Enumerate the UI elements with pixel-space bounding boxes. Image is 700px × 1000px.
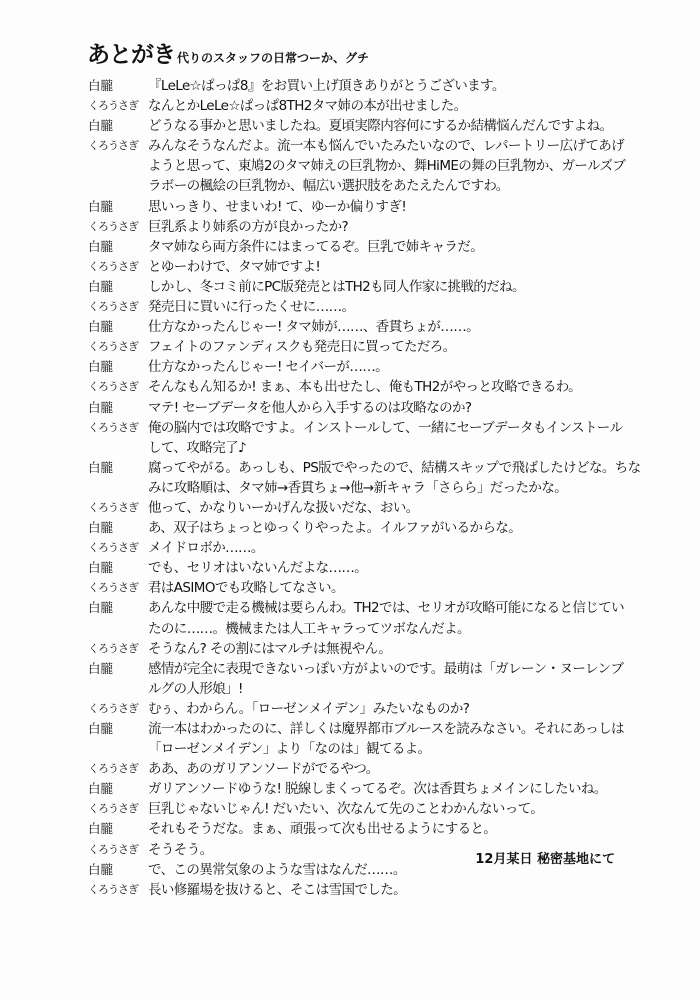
dialog-row: くろうさぎ他って、かなりいーかげんな扱いだな、おい。 <box>88 498 628 518</box>
speaker-name: くろうさぎ <box>88 699 148 719</box>
dialog-row: くろうさぎとゆーわけで、タマ姉ですよ! <box>88 257 628 277</box>
dialog-line: 流一本はわかったのに、詳しくは魔界都市ブルースを読みなさい。それにあっしは <box>148 719 628 739</box>
dialog-text: 長い修羅場を抜けると、そこは雪国でした。 <box>148 880 628 900</box>
speaker-name: くろうさぎ <box>88 96 148 116</box>
dialog-row: 白朧それもそうだな。まぁ、頑張って次も出せるようにすると。 <box>88 819 628 839</box>
dialog-row: 白朧マテ! セーブデータを他人から入手するのは攻略なのか? <box>88 398 628 418</box>
dialog-text: 発売日に買いに行ったくせに……。 <box>148 297 628 317</box>
dialog-text: みんなそうなんだよ。流一本も悩んでいたみたいなので、レパートリー広げてあげようと… <box>148 136 628 196</box>
dialog-text: マテ! セーブデータを他人から入手するのは攻略なのか? <box>148 398 628 418</box>
dialog-row: 白朧腐ってやがる。あっしも、PS版でやったので、結構スキップで飛ばしたけどな。ち… <box>88 458 628 498</box>
speaker-name: 白朧 <box>88 76 148 96</box>
dialog-line: メイドロボか……。 <box>148 538 628 558</box>
speaker-name: 白朧 <box>88 518 148 538</box>
speaker-name: 白朧 <box>88 659 148 679</box>
dialog-text: タマ姉なら両方条件にはまってるぞ。巨乳で姉キャラだ。 <box>148 237 628 257</box>
dialog-text: あんな中腰で走る機械は要らんわ。TH2では、セリオが攻略可能になると信じていたの… <box>148 598 628 638</box>
dialog-text: ガリアンソードゆうな! 脱線しまくってるぞ。次は香貫ちょメインにしたいね。 <box>148 779 628 799</box>
dialog-text: 君はASIMOでも攻略してなさい。 <box>148 578 628 598</box>
dialog-line: 君はASIMOでも攻略してなさい。 <box>148 578 628 598</box>
speaker-name: 白朧 <box>88 357 148 377</box>
dialog-line: あんな中腰で走る機械は要らんわ。TH2では、セリオが攻略可能になると信じてい <box>148 598 628 618</box>
afterword-page: あとがき代りのスタッフの日常つーか、グチ 白朧『LeLe☆ぱっぱ8』をお買い上げ… <box>0 0 700 1000</box>
dialog-text: 『LeLe☆ぱっぱ8』をお買い上げ頂きありがとうございます。 <box>148 76 628 96</box>
dialog-line: しかし、冬コミ前にPC版発売とはTH2も同人作家に挑戦的だね。 <box>148 277 628 297</box>
dialog-line: むぅ、わからん。「ローゼンメイデン」みたいなものか? <box>148 699 628 719</box>
dialog-line: たのに……。機械または人工キャラってツボなんだよ。 <box>148 619 628 639</box>
dialog-line: とゆーわけで、タマ姉ですよ! <box>148 257 628 277</box>
dialog-line: 「ローゼンメイデン」より「なのは」観てるよ。 <box>148 739 628 759</box>
dialog-line: なんとかLeLe☆ぱっぱ8TH2タマ姉の本が出せました。 <box>148 96 628 116</box>
speaker-name: くろうさぎ <box>88 297 148 317</box>
speaker-name: くろうさぎ <box>88 578 148 598</box>
speaker-name: 白朧 <box>88 197 148 217</box>
dialog-row: くろうさぎ君はASIMOでも攻略してなさい。 <box>88 578 628 598</box>
speaker-name: くろうさぎ <box>88 840 148 860</box>
dialog-text: 思いっきり、せまいわ! て、ゆーか偏りすぎ! <box>148 197 628 217</box>
dialog-line: どうなる事かと思いましたね。夏頃実際内容何にするか結構悩んだんですよね。 <box>148 116 628 136</box>
dialog-line: でも、セリオはいないんだよな……。 <box>148 558 628 578</box>
dialog-row: くろうさぎ長い修羅場を抜けると、そこは雪国でした。 <box>88 880 628 900</box>
dialog-text: 仕方なかったんじゃー! タマ姉が……、香貫ちょが……。 <box>148 317 628 337</box>
dialog-line: ガリアンソードゆうな! 脱線しまくってるぞ。次は香貫ちょメインにしたいね。 <box>148 779 628 799</box>
dialog-text: 巨乳じゃないじゃん! だいたい、次なんて先のことわかんないって。 <box>148 799 628 819</box>
dialog-line: 腐ってやがる。あっしも、PS版でやったので、結構スキップで飛ばしたけどな。ちな <box>148 458 641 478</box>
dialog-line: 仕方なかったんじゃー! セイバーが……。 <box>148 357 628 377</box>
dialog-row: 白朧しかし、冬コミ前にPC版発売とはTH2も同人作家に挑戦的だね。 <box>88 277 628 297</box>
dialog-text: むぅ、わからん。「ローゼンメイデン」みたいなものか? <box>148 699 628 719</box>
speaker-name: 白朧 <box>88 458 148 478</box>
dialog-text: 俺の脳内では攻略ですよ。インストールして、一緒にセーブデータもインストールして、… <box>148 418 628 458</box>
dialog-row: くろうさぎみんなそうなんだよ。流一本も悩んでいたみたいなので、レパートリー広げて… <box>88 136 628 196</box>
speaker-name: 白朧 <box>88 779 148 799</box>
dialog-text: それもそうだな。まぁ、頑張って次も出せるようにすると。 <box>148 819 628 839</box>
dialog-line: 他って、かなりいーかげんな扱いだな、おい。 <box>148 498 628 518</box>
speaker-name: くろうさぎ <box>88 337 148 357</box>
dialog-text: 感情が完全に表現できないっぽい方がよいのです。最萌は「ガレーン・ヌーレンブルグの… <box>148 659 628 699</box>
dialog-text: あ、双子はちょっとゆっくりやったよ。イルファがいるからな。 <box>148 518 628 538</box>
speaker-name: 白朧 <box>88 558 148 578</box>
dialog-line: それもそうだな。まぁ、頑張って次も出せるようにすると。 <box>148 819 628 839</box>
dialog-row: 白朧でも、セリオはいないんだよな……。 <box>88 558 628 578</box>
dialog-text: どうなる事かと思いましたね。夏頃実際内容何にするか結構悩んだんですよね。 <box>148 116 628 136</box>
dialog-line: 『LeLe☆ぱっぱ8』をお買い上げ頂きありがとうございます。 <box>148 76 628 96</box>
dialog-line: ルグの人形娘」! <box>148 679 628 699</box>
page-title: あとがき代りのスタッフの日常つーか、グチ <box>87 36 369 69</box>
dialog-line: ラボーの楓絵の巨乳物か、幅広い選択肢をあたえたんですわ。 <box>148 176 628 196</box>
speaker-name: 白朧 <box>88 860 148 880</box>
dialog-line: ああ、あのガリアンソードがでるやつ。 <box>148 759 628 779</box>
dialog-line: タマ姉なら両方条件にはまってるぞ。巨乳で姉キャラだ。 <box>148 237 628 257</box>
dialog-line: 感情が完全に表現できないっぽい方がよいのです。最萌は「ガレーン・ヌーレンブ <box>148 659 628 679</box>
dialog-line: 長い修羅場を抜けると、そこは雪国でした。 <box>148 880 628 900</box>
speaker-name: くろうさぎ <box>88 799 148 819</box>
dialog-row: 白朧仕方なかったんじゃー! タマ姉が……、香貫ちょが……。 <box>88 317 628 337</box>
dialog-row: 白朧あ、双子はちょっとゆっくりやったよ。イルファがいるからな。 <box>88 518 628 538</box>
speaker-name: くろうさぎ <box>88 880 148 900</box>
dialog-text: ああ、あのガリアンソードがでるやつ。 <box>148 759 628 779</box>
dialog-line: フェイトのファンディスクも発売日に買ってただろ。 <box>148 337 628 357</box>
dialog-line: マテ! セーブデータを他人から入手するのは攻略なのか? <box>148 398 628 418</box>
dialog-row: くろうさぎ発売日に買いに行ったくせに……。 <box>88 297 628 317</box>
speaker-name: くろうさぎ <box>88 538 148 558</box>
dialog-text: とゆーわけで、タマ姉ですよ! <box>148 257 628 277</box>
dialog-line: みに攻略順は、タマ姉→香貫ちょ→他→新キャラ「さらら」だったかな。 <box>148 478 641 498</box>
speaker-name: 白朧 <box>88 237 148 257</box>
dialog-row: くろうさぎむぅ、わからん。「ローゼンメイデン」みたいなものか? <box>88 699 628 719</box>
dialog-row: くろうさぎそうなん? その割にはマルチは無視やん。 <box>88 639 628 659</box>
dialog-line: 発売日に買いに行ったくせに……。 <box>148 297 628 317</box>
dialog-line: して、攻略完了♪ <box>148 438 628 458</box>
speaker-name: くろうさぎ <box>88 759 148 779</box>
dialog-row: くろうさぎそんなもん知るか! まぁ、本も出せたし、俺もTH2がやっと攻略できるわ… <box>88 377 628 397</box>
speaker-name: 白朧 <box>88 317 148 337</box>
speaker-name: くろうさぎ <box>88 257 148 277</box>
dialog-row: くろうさぎ巨乳じゃないじゃん! だいたい、次なんて先のことわかんないって。 <box>88 799 628 819</box>
dialog-row: 白朧あんな中腰で走る機械は要らんわ。TH2では、セリオが攻略可能になると信じてい… <box>88 598 628 638</box>
dialog-row: くろうさぎフェイトのファンディスクも発売日に買ってただろ。 <box>88 337 628 357</box>
dialog-text: 仕方なかったんじゃー! セイバーが……。 <box>148 357 628 377</box>
dialog-row: くろうさぎなんとかLeLe☆ぱっぱ8TH2タマ姉の本が出せました。 <box>88 96 628 116</box>
dialog-text: そんなもん知るか! まぁ、本も出せたし、俺もTH2がやっと攻略できるわ。 <box>148 377 628 397</box>
title-subtitle: 代りのスタッフの日常つーか、グチ <box>177 51 369 65</box>
dialog-text: しかし、冬コミ前にPC版発売とはTH2も同人作家に挑戦的だね。 <box>148 277 628 297</box>
dialog-line: そんなもん知るか! まぁ、本も出せたし、俺もTH2がやっと攻略できるわ。 <box>148 377 628 397</box>
dialog-row: くろうさぎ俺の脳内では攻略ですよ。インストールして、一緒にセーブデータもインスト… <box>88 418 628 458</box>
dialog-row: 白朧感情が完全に表現できないっぽい方がよいのです。最萌は「ガレーン・ヌーレンブル… <box>88 659 628 699</box>
dialog-row: 白朧仕方なかったんじゃー! セイバーが……。 <box>88 357 628 377</box>
dialog-line: みんなそうなんだよ。流一本も悩んでいたみたいなので、レパートリー広げてあげ <box>148 136 628 156</box>
dialog-row: 白朧『LeLe☆ぱっぱ8』をお買い上げ頂きありがとうございます。 <box>88 76 628 96</box>
speaker-name: くろうさぎ <box>88 377 148 397</box>
speaker-name: 白朧 <box>88 116 148 136</box>
speaker-name: 白朧 <box>88 719 148 739</box>
dialog-transcript: 白朧『LeLe☆ぱっぱ8』をお買い上げ頂きありがとうございます。くろうさぎなんと… <box>88 76 628 900</box>
speaker-name: くろうさぎ <box>88 639 148 659</box>
dialog-row: くろうさぎああ、あのガリアンソードがでるやつ。 <box>88 759 628 779</box>
dialog-row: 白朧どうなる事かと思いましたね。夏頃実際内容何にするか結構悩んだんですよね。 <box>88 116 628 136</box>
dialog-line: 巨乳系より姉系の方が良かったか? <box>148 217 628 237</box>
dialog-line: そうなん? その割にはマルチは無視やん。 <box>148 639 628 659</box>
dialog-line: 仕方なかったんじゃー! タマ姉が……、香貫ちょが……。 <box>148 317 628 337</box>
signoff: 12月某日 秘密基地にて <box>475 848 615 867</box>
dialog-line: あ、双子はちょっとゆっくりやったよ。イルファがいるからな。 <box>148 518 628 538</box>
dialog-row: 白朧ガリアンソードゆうな! 脱線しまくってるぞ。次は香貫ちょメインにしたいね。 <box>88 779 628 799</box>
speaker-name: 白朧 <box>88 398 148 418</box>
speaker-name: 白朧 <box>88 819 148 839</box>
dialog-line: 思いっきり、せまいわ! て、ゆーか偏りすぎ! <box>148 197 628 217</box>
dialog-line: ようと思って、東鳩2のタマ姉えの巨乳物か、舞HiMEの舞の巨乳物か、ガールズブ <box>148 156 628 176</box>
speaker-name: くろうさぎ <box>88 418 148 438</box>
speaker-name: 白朧 <box>88 598 148 618</box>
dialog-text: メイドロボか……。 <box>148 538 628 558</box>
dialog-text: 腐ってやがる。あっしも、PS版でやったので、結構スキップで飛ばしたけどな。ちなみ… <box>148 458 641 498</box>
dialog-text: なんとかLeLe☆ぱっぱ8TH2タマ姉の本が出せました。 <box>148 96 628 116</box>
dialog-line: 俺の脳内では攻略ですよ。インストールして、一緒にセーブデータもインストール <box>148 418 628 438</box>
dialog-text: 他って、かなりいーかげんな扱いだな、おい。 <box>148 498 628 518</box>
dialog-text: 流一本はわかったのに、詳しくは魔界都市ブルースを読みなさい。それにあっしは「ロー… <box>148 719 628 759</box>
dialog-line: 巨乳じゃないじゃん! だいたい、次なんて先のことわかんないって。 <box>148 799 628 819</box>
dialog-row: 白朧思いっきり、せまいわ! て、ゆーか偏りすぎ! <box>88 197 628 217</box>
speaker-name: くろうさぎ <box>88 498 148 518</box>
speaker-name: 白朧 <box>88 277 148 297</box>
title-main: あとがき <box>87 42 175 68</box>
dialog-text: でも、セリオはいないんだよな……。 <box>148 558 628 578</box>
dialog-text: 巨乳系より姉系の方が良かったか? <box>148 217 628 237</box>
dialog-row: くろうさぎ巨乳系より姉系の方が良かったか? <box>88 217 628 237</box>
speaker-name: くろうさぎ <box>88 217 148 237</box>
dialog-text: フェイトのファンディスクも発売日に買ってただろ。 <box>148 337 628 357</box>
speaker-name: くろうさぎ <box>88 136 148 156</box>
dialog-row: 白朧流一本はわかったのに、詳しくは魔界都市ブルースを読みなさい。それにあっしは「… <box>88 719 628 759</box>
dialog-row: 白朧タマ姉なら両方条件にはまってるぞ。巨乳で姉キャラだ。 <box>88 237 628 257</box>
dialog-text: そうなん? その割にはマルチは無視やん。 <box>148 639 628 659</box>
dialog-row: くろうさぎメイドロボか……。 <box>88 538 628 558</box>
